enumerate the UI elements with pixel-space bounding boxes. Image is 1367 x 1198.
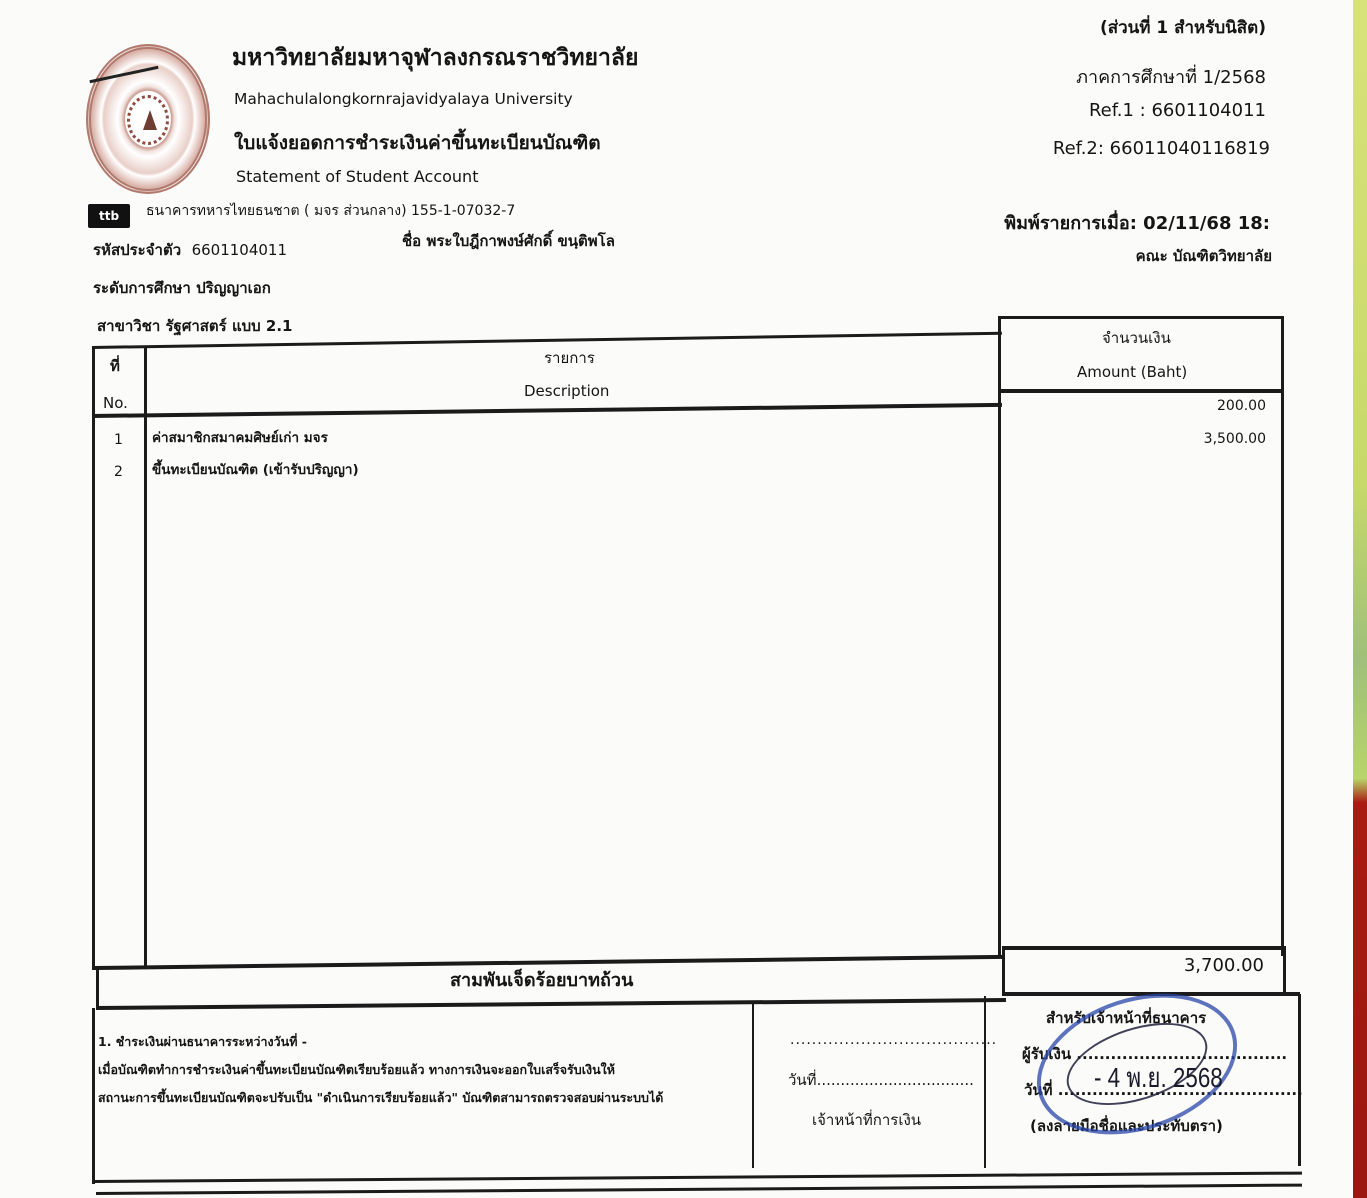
officer-signature-line: ...................................... xyxy=(790,1032,997,1048)
faculty: คณะ บัณฑิตวิทยาลัย xyxy=(1136,244,1272,268)
university-seal-icon xyxy=(86,44,210,194)
reference-2: Ref.2: 66011040116819 xyxy=(1053,138,1270,159)
ttb-bank-logo-icon: ttb xyxy=(88,204,130,228)
statement-document: มหาวิทยาลัยมหาจุฬาลงกรณราชวิทยาลัย Mahac… xyxy=(0,0,1356,1198)
statement-title-th: ใบแจ้งยอดการชำระเงินค่าขึ้นทะเบียนบัณฑิต xyxy=(234,128,601,158)
copy-label: (ส่วนที่ 1 สำหรับนิสิต) xyxy=(1100,14,1266,41)
total-amount: 3,700.00 xyxy=(1184,955,1264,976)
header-amount-en: Amount (Baht) xyxy=(1077,363,1187,381)
education-level: ระดับการศึกษา ปริญญาเอก xyxy=(93,276,271,300)
header-description-en: Description xyxy=(524,382,609,400)
header-no-th: ที่ xyxy=(110,354,120,378)
printed-at: พิมพ์รายการเมื่อ: 02/11/68 18: xyxy=(1004,208,1270,237)
student-name-value: พระใบฎีกาพงษ์ศักดิ์ ขนฺติพโล xyxy=(426,232,614,250)
total-in-words: สามพันเจ็ดร้อยบาทถ้วน xyxy=(450,965,633,994)
row-no: 1 xyxy=(114,432,123,448)
stamp-date: - 4 พ.ย. 2568 xyxy=(1094,1056,1223,1100)
officer-date: วันที่................................. xyxy=(788,1068,974,1092)
payment-note-line2: เมื่อบัณฑิตทำการชำระเงินค่าขึ้นทะเบียนบั… xyxy=(98,1060,615,1080)
row-description: ค่าสมาชิกสมาคมศิษย์เก่า มจร xyxy=(152,426,328,448)
student-id: รหัสประจำตัว 6601104011 xyxy=(93,238,287,262)
row-description: ขึ้นทะเบียนบัณฑิต (เข้ารับปริญญา) xyxy=(152,458,359,480)
header-no-en: No. xyxy=(103,394,128,412)
reference-1: Ref.1 : 6601104011 xyxy=(1089,100,1266,121)
header-description-th: รายการ xyxy=(544,346,595,370)
officer-label: เจ้าหน้าที่การเงิน xyxy=(812,1108,921,1132)
background-surface xyxy=(1353,0,1367,1198)
student-id-value: 6601104011 xyxy=(192,241,287,259)
row-amount: 3,500.00 xyxy=(1204,431,1266,447)
student-name: ชื่อ พระใบฎีกาพงษ์ศักดิ์ ขนฺติพโล xyxy=(402,229,615,253)
statement-title-en: Statement of Student Account xyxy=(236,167,478,186)
major: สาขาวิชา รัฐศาสตร์ แบบ 2.1 xyxy=(97,314,292,338)
bank-account: ธนาคารทหารไทยธนชาต ( มจร ส่วนกลาง) 155-1… xyxy=(146,200,515,222)
payment-note-line3: สถานะการขึ้นทะเบียนบัณฑิตจะปรับเป็น "ดำเ… xyxy=(98,1088,663,1108)
student-name-label: ชื่อ xyxy=(402,232,421,250)
payment-note-line1: 1. ชำระเงินผ่านธนาคารระหว่างวันที่ - xyxy=(98,1032,307,1052)
row-amount: 200.00 xyxy=(1217,398,1266,414)
row-no: 2 xyxy=(114,464,123,480)
student-id-label: รหัสประจำตัว xyxy=(93,241,181,259)
university-name-th: มหาวิทยาลัยมหาจุฬาลงกรณราชวิทยาลัย xyxy=(232,40,639,76)
academic-term: ภาคการศึกษาที่ 1/2568 xyxy=(1076,62,1266,91)
university-name-en: Mahachulalongkornrajavidyalaya Universit… xyxy=(234,90,573,108)
header-amount-th: จำนวนเงิน xyxy=(1102,326,1171,350)
